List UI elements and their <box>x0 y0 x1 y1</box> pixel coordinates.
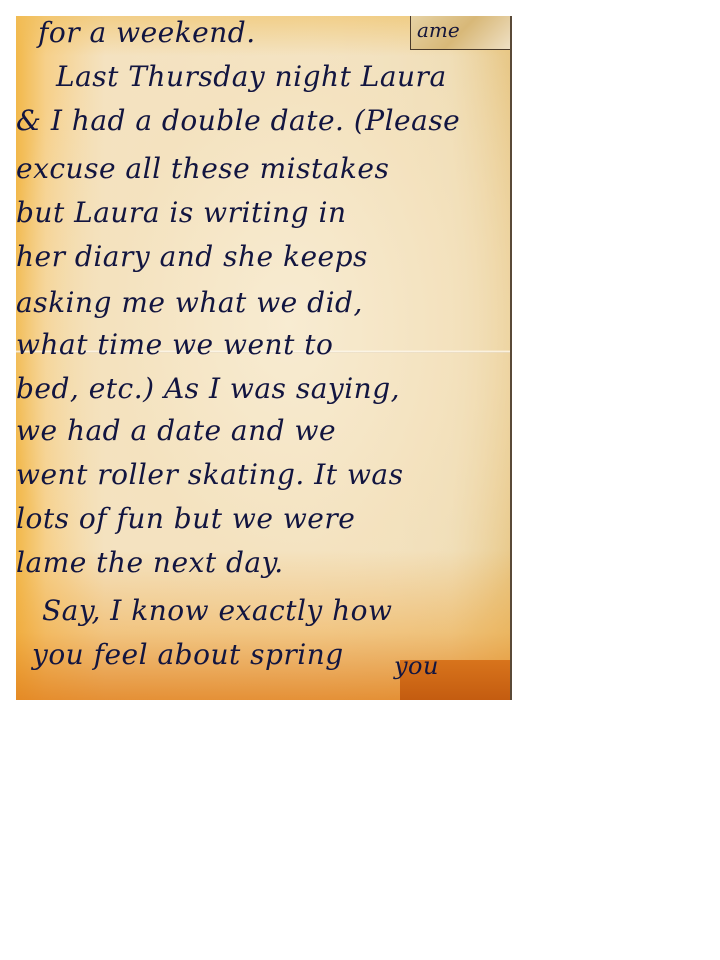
letter-line: what time we went to <box>16 328 333 361</box>
letter-line: her diary and she keeps <box>16 240 368 273</box>
page: ame for a weekend. Last Thursday night L… <box>0 0 720 960</box>
letter-line: but Laura is writing in <box>16 196 347 229</box>
letter-line: excuse all these mistakes <box>16 152 389 185</box>
letter-line: Last Thursday night Laura <box>56 60 447 93</box>
letter-line: lame the next day. <box>16 546 284 579</box>
handwritten-letter-scan: ame for a weekend. Last Thursday night L… <box>16 16 512 700</box>
letter-line: asking me what we did, <box>16 286 363 319</box>
letter-line-continuation: you <box>394 652 439 680</box>
letter-line: Say, I know exactly how <box>42 594 392 627</box>
letter-body: for a weekend. Last Thursday night Laura… <box>16 16 510 700</box>
letter-line: went roller skating. It was <box>16 458 403 491</box>
letter-line: & I had a double date. (Please <box>16 104 460 137</box>
letter-line: lots of fun but we were <box>16 502 355 535</box>
letter-line: you feel about spring <box>32 638 344 671</box>
letter-line: for a weekend. <box>38 16 256 49</box>
letter-line: bed, etc.) As I was saying, <box>16 372 400 405</box>
letter-line: we had a date and we <box>16 414 336 447</box>
